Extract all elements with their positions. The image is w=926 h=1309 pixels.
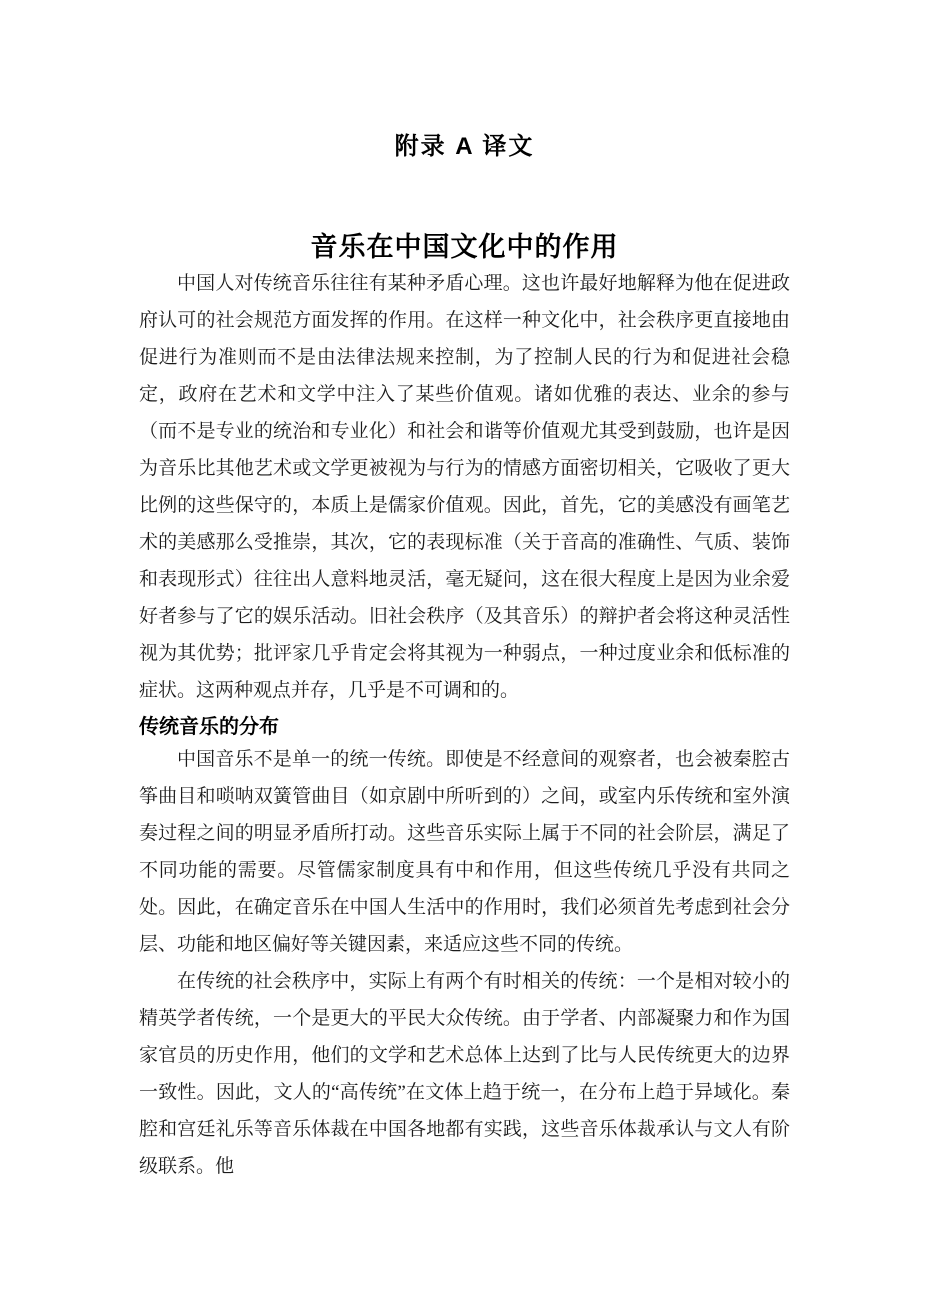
section-heading-distribution: 传统音乐的分布 — [139, 713, 790, 741]
paragraph-traditions: 在传统的社会秩序中，实际上有两个有时相关的传统：一个是相对较小的精英学者传统，一… — [139, 963, 790, 1185]
paragraph-distribution: 中国音乐不是单一的统一传统。即使是不经意间的观察者，也会被秦腔古筝曲目和唢呐双簧… — [139, 741, 790, 963]
article-title: 音乐在中国文化中的作用 — [139, 229, 790, 265]
paragraph-intro: 中国人对传统音乐往往有某种矛盾心理。这也许最好地解释为他在促进政府认可的社会规范… — [139, 265, 790, 709]
document-body: 中国人对传统音乐往往有某种矛盾心理。这也许最好地解释为他在促进政府认可的社会规范… — [139, 265, 790, 1185]
document-page: 附录 A 译文 音乐在中国文化中的作用 中国人对传统音乐往往有某种矛盾心理。这也… — [0, 0, 926, 1309]
appendix-title: 附录 A 译文 — [139, 131, 790, 163]
